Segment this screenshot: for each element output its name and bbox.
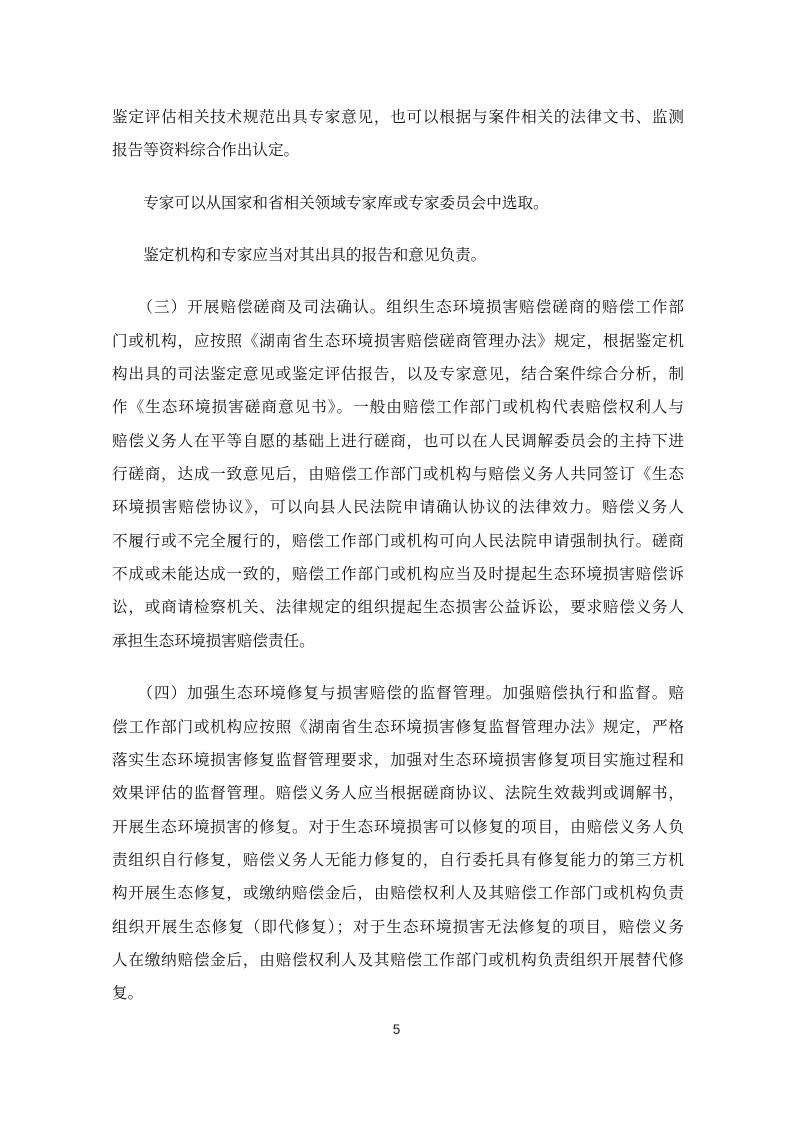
text-line: 专家可以从国家和省相关领域专家库或专家委员会中选取。 — [112, 187, 684, 220]
text-line: 落实生态环境损害修复监督管理要求，加强对生态环境损害修复项目实施过程和 — [112, 744, 684, 777]
text-line: 构开展生态修复，或缴纳赔偿金后，由赔偿权利人及其赔偿工作部门或机构负责 — [112, 877, 684, 910]
text-line: 作《生态环境损害磋商意见书》。一般由赔偿工作部门或机构代表赔偿权利人与 — [112, 391, 684, 424]
text-line: 鉴定机构和专家应当对其出具的报告和意见负责。 — [112, 239, 684, 272]
text-line: 开展生态环境损害的修复。对于生态环境损害可以修复的项目，由赔偿义务人负 — [112, 811, 684, 844]
page-footer: 5 — [0, 1021, 793, 1039]
text-line: 效果评估的监督管理。赔偿义务人应当根据磋商协议、法院生效裁判或调解书， — [112, 777, 684, 810]
text-line: 责组织自行修复，赔偿义务人无能力修复的，自行委托具有修复能力的第三方机 — [112, 844, 684, 877]
text-line: 偿工作部门或机构应按照《湖南省生态环境损害修复监督管理办法》规定，严格 — [112, 711, 684, 744]
text-line: 行磋商，达成一致意见后，由赔偿工作部门或机构与赔偿义务人共同签订《生态 — [112, 458, 684, 491]
paragraph: （三）开展赔偿磋商及司法确认。组织生态环境损害赔偿磋商的赔偿工作部门或机构，应按… — [112, 291, 684, 658]
text-line: 环境损害赔偿协议》，可以向县人民法院申请确认协议的法律效力。赔偿义务人 — [112, 491, 684, 524]
page-number: 5 — [393, 1022, 401, 1037]
document-body: 鉴定评估相关技术规范出具专家意见，也可以根据与案件相关的法律文书、监测报告等资料… — [112, 101, 684, 1011]
text-line: （三）开展赔偿磋商及司法确认。组织生态环境损害赔偿磋商的赔偿工作部 — [112, 291, 684, 324]
text-line: 讼，或商请检察机关、法律规定的组织提起生态损害公益诉讼，要求赔偿义务人 — [112, 591, 684, 624]
text-line: （四）加强生态环境修复与损害赔偿的监督管理。加强赔偿执行和监督。赔 — [112, 677, 684, 710]
text-line: 鉴定评估相关技术规范出具专家意见，也可以根据与案件相关的法律文书、监测 — [112, 101, 684, 134]
text-line: 人在缴纳赔偿金后，由赔偿权利人及其赔偿工作部门或机构负责组织开展替代修 — [112, 944, 684, 977]
text-line: 不成或未能达成一致的，赔偿工作部门或机构应当及时提起生态环境损害赔偿诉 — [112, 558, 684, 591]
document-page: 鉴定评估相关技术规范出具专家意见，也可以根据与案件相关的法律文书、监测报告等资料… — [0, 0, 793, 1122]
text-line: 构出具的司法鉴定意见或鉴定评估报告，以及专家意见，结合案件综合分析，制 — [112, 358, 684, 391]
text-line: 报告等资料综合作出认定。 — [112, 134, 684, 167]
paragraph: 鉴定机构和专家应当对其出具的报告和意见负责。 — [112, 239, 684, 272]
paragraph: 专家可以从国家和省相关领域专家库或专家委员会中选取。 — [112, 187, 684, 220]
paragraph: （四）加强生态环境修复与损害赔偿的监督管理。加强赔偿执行和监督。赔偿工作部门或机… — [112, 677, 684, 1010]
text-line: 组织开展生态修复（即代修复）；对于生态环境损害无法修复的项目，赔偿义务 — [112, 911, 684, 944]
text-line: 承担生态环境损害赔偿责任。 — [112, 625, 684, 658]
text-line: 门或机构，应按照《湖南省生态环境损害赔偿磋商管理办法》规定，根据鉴定机 — [112, 325, 684, 358]
text-line: 复。 — [112, 977, 684, 1010]
paragraph: 鉴定评估相关技术规范出具专家意见，也可以根据与案件相关的法律文书、监测报告等资料… — [112, 101, 684, 168]
text-line: 不履行或不完全履行的，赔偿工作部门或机构可向人民法院申请强制执行。磋商 — [112, 525, 684, 558]
text-line: 赔偿义务人在平等自愿的基础上进行磋商，也可以在人民调解委员会的主持下进 — [112, 425, 684, 458]
